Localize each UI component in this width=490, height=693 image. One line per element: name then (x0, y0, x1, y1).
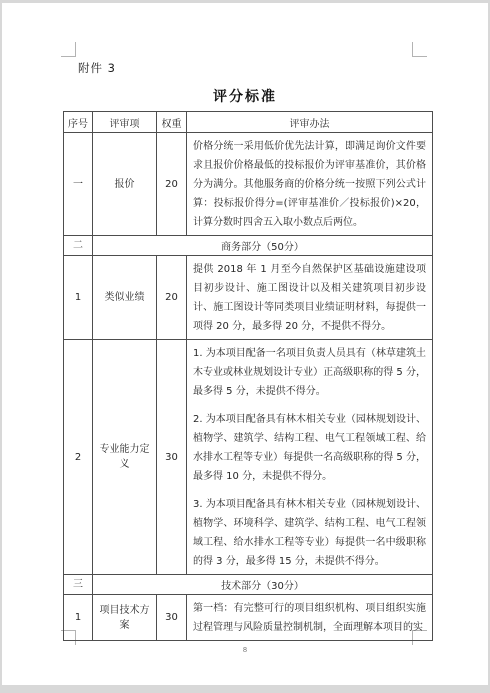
method-paragraph: 价格分统一采用低价优先法计算，即满足询价文件要求且报价价格最低的投标报价为评审基… (193, 137, 426, 232)
row-project-tech-plan: 1 项目技术方案 30 第一档：有完整可行的项目组织机构、项目组织实施过程管理与… (64, 595, 433, 641)
row-number: 2 (64, 340, 93, 575)
row-weight: 30 (157, 340, 187, 575)
page-title: 评分标准 (2, 86, 488, 106)
row-item: 专业能力定义 (93, 340, 157, 575)
row-number: 1 (64, 256, 93, 340)
row-method: 提供 2018 年 1 月至今自然保护区基础设施建设项目初步设计、施工图设计以及… (187, 256, 433, 340)
row-method: 1. 为本项目配备一名项目负责人员具有（林草建筑土木专业或林业规划设计专业）正高… (187, 340, 433, 575)
method-paragraph: 2. 为本项目配备具有林木相关专业（园林规划设计、植物学、建筑学、结构工程、电气… (193, 410, 426, 486)
header-序号: 序号 (64, 112, 93, 133)
row-item: 报价 (93, 133, 157, 236)
row-item: 类似业绩 (93, 256, 157, 340)
header-评审办法: 评审办法 (187, 112, 433, 133)
row-section-business: 二 商务部分（50分） (64, 236, 433, 256)
row-weight: 20 (157, 256, 187, 340)
row-price: 一 报价 20 价格分统一采用低价优先法计算，即满足询价文件要求且报价价格最低的… (64, 133, 433, 236)
row-professional-capability: 2 专业能力定义 30 1. 为本项目配备一名项目负责人员具有（林草建筑土木专业… (64, 340, 433, 575)
row-number: 二 (64, 236, 93, 256)
document-page: 附件 3 评分标准 序号 评审项 权重 评审办法 一 报价 20 价格分统一采用… (2, 3, 488, 685)
header-评审项: 评审项 (93, 112, 157, 133)
method-paragraph: 3. 为本项目配备具有林木相关专业（园林规划设计、植物学、环境科学、建筑学、结构… (193, 495, 426, 571)
row-method: 第一档：有完整可行的项目组织机构、项目组织实施过程管理与风险质量控制机制，全面理… (187, 595, 433, 641)
method-paragraph: 1. 为本项目配备一名项目负责人员具有（林草建筑土木专业或林业规划设计专业）正高… (193, 344, 426, 401)
header-权重: 权重 (157, 112, 187, 133)
margin-mark-top-left (61, 42, 76, 57)
section-label: 技术部分（30分） (93, 575, 433, 595)
section-label: 商务部分（50分） (93, 236, 433, 256)
row-weight: 20 (157, 133, 187, 236)
row-item: 项目技术方案 (93, 595, 157, 641)
page-number: 8 (2, 646, 488, 654)
row-weight: 30 (157, 595, 187, 641)
row-number: 一 (64, 133, 93, 236)
table-header-row: 序号 评审项 权重 评审办法 (64, 112, 433, 133)
row-number: 1 (64, 595, 93, 641)
attachment-label: 附件 3 (78, 60, 116, 76)
row-section-technical: 三 技术部分（30分） (64, 575, 433, 595)
row-similar-performance: 1 类似业绩 20 提供 2018 年 1 月至今自然保护区基础设施建设项目初步… (64, 256, 433, 340)
method-paragraph: 第一档：有完整可行的项目组织机构、项目组织实施过程管理与风险质量控制机制，全面理… (193, 599, 426, 637)
row-number: 三 (64, 575, 93, 595)
margin-mark-top-right (412, 42, 427, 57)
method-paragraph: 提供 2018 年 1 月至今自然保护区基础设施建设项目初步设计、施工图设计以及… (193, 260, 426, 336)
scoring-table: 序号 评审项 权重 评审办法 一 报价 20 价格分统一采用低价优先法计算，即满… (63, 111, 433, 641)
row-method: 价格分统一采用低价优先法计算，即满足询价文件要求且报价价格最低的投标报价为评审基… (187, 133, 433, 236)
